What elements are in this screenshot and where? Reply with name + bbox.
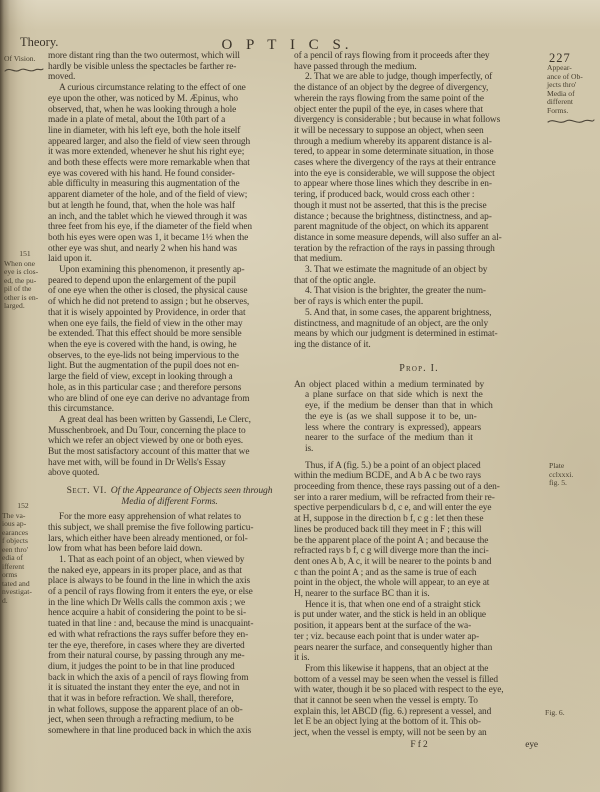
body-paragraph: For the more easy apprehension of what r… — [48, 512, 291, 555]
body-paragraph: 1. That as each point of an object, when… — [48, 555, 291, 737]
proposition-heading: Prop. I. — [294, 363, 544, 374]
margin-note-plate: Plate cclxxxi. fig. 5. — [549, 462, 599, 488]
margin-note-fig6: Fig. 6. — [545, 709, 595, 718]
margin-note-text: Of Vision. — [4, 54, 35, 63]
section-label: Sect. VI. — [67, 485, 107, 496]
signature-mark: F f 2 — [294, 740, 544, 751]
body-paragraph: Thus, if A (fig. 5.) be a point of an ob… — [294, 461, 544, 600]
right-column: of a pencil of rays flowing from it proc… — [294, 51, 544, 751]
margin-note-number: 151 — [4, 250, 46, 259]
body-paragraph: of a pencil of rays flowing from it proc… — [294, 51, 544, 72]
body-paragraph: Hence it is, that when one end of a stra… — [294, 600, 544, 664]
body-paragraph: A curious circumstance relating to the e… — [48, 83, 291, 265]
margin-note-151: 151 When one eye is clos- ed, the pu- pi… — [4, 250, 46, 311]
body-paragraph: Upon examining this phenomenon, it prese… — [48, 265, 291, 415]
margin-note-text: The va- ious ap- earances f objects een … — [2, 511, 32, 605]
margin-note-appearance: Appear- ance of Ob- jects thro' Media of… — [547, 64, 599, 127]
body-paragraph: From this likewise it happens, that an o… — [294, 664, 544, 739]
body-paragraph: A great deal has been written by Gassend… — [48, 415, 291, 479]
margin-note-152: 152 The va- ious ap- earances f objects … — [2, 502, 44, 605]
margin-note-text: Fig. 6. — [545, 708, 565, 717]
body-paragraph: 4. That vision is the brighter, the grea… — [294, 286, 544, 307]
swash-flourish-icon — [547, 117, 595, 127]
margin-note-text: Plate cclxxxi. fig. 5. — [549, 461, 573, 487]
proposition-statement: An object placed within a medium termina… — [294, 380, 544, 455]
book-page: Theory. O P T I C S. 227 Of Vision. 151 … — [0, 0, 600, 792]
section-title: Of the Appearance of Objects seen throug… — [111, 485, 273, 507]
margin-note-text: When one eye is clos- ed, the pu- pil of… — [4, 259, 38, 311]
body-paragraph: 5. And that, in some cases, the apparent… — [294, 308, 544, 351]
page-footer-line: F f 2 eye — [294, 740, 544, 751]
left-column: more distant ring than the two outermost… — [48, 51, 291, 737]
swash-flourish-icon — [4, 66, 44, 75]
section-heading: Sect. VI.Of the Appearance of Objects se… — [48, 485, 291, 507]
margin-note-of-vision: Of Vision. — [4, 55, 48, 75]
margin-note-number: 152 — [2, 502, 44, 511]
body-paragraph: more distant ring than the two outermost… — [48, 51, 291, 83]
margin-note-text: Appear- ance of Ob- jects thro' Media of… — [547, 63, 583, 115]
catchword: eye — [525, 740, 538, 751]
body-paragraph: 2. That we are able to judge, though imp… — [294, 72, 544, 265]
body-paragraph: 3. That we estimate the magnitude of an … — [294, 265, 544, 286]
